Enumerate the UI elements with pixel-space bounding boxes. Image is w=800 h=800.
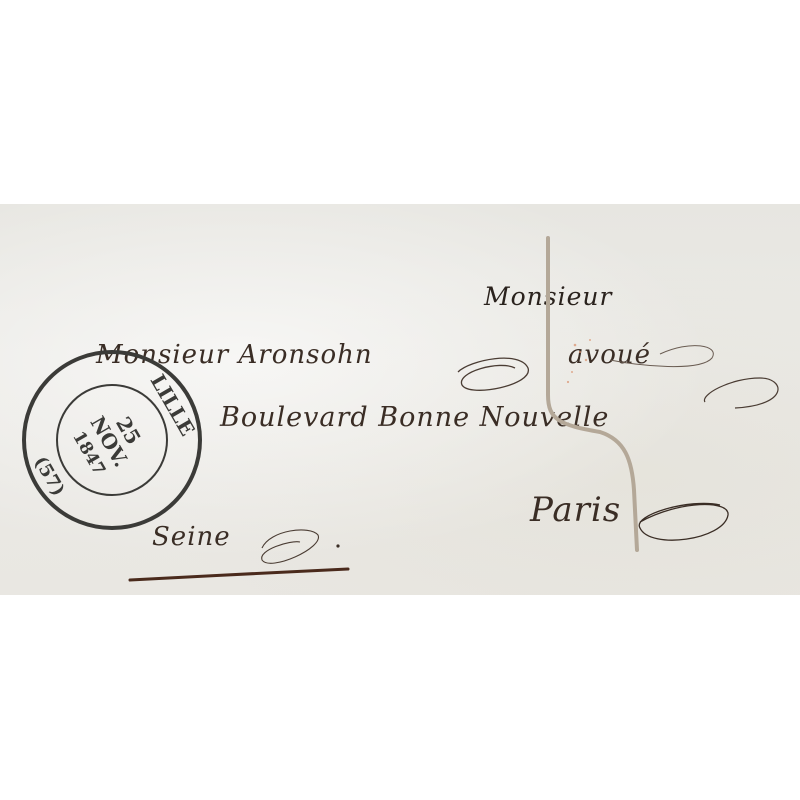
postmark-dept-number: (57)	[30, 453, 69, 500]
envelope-markings: LILLE 25 NOV. 1847 (57)	[0, 0, 800, 800]
department-underline	[130, 569, 348, 580]
postmark-lille: LILLE 25 NOV. 1847 (57)	[23, 352, 200, 528]
flourish-occupation	[610, 346, 713, 367]
flourish-street	[704, 378, 778, 408]
flourish-name	[458, 358, 528, 390]
flourish-department	[262, 530, 319, 563]
red-mark	[567, 339, 591, 383]
flourish-city	[639, 503, 728, 540]
tax-mark-stroke	[548, 238, 637, 550]
dot-mark	[336, 544, 339, 547]
